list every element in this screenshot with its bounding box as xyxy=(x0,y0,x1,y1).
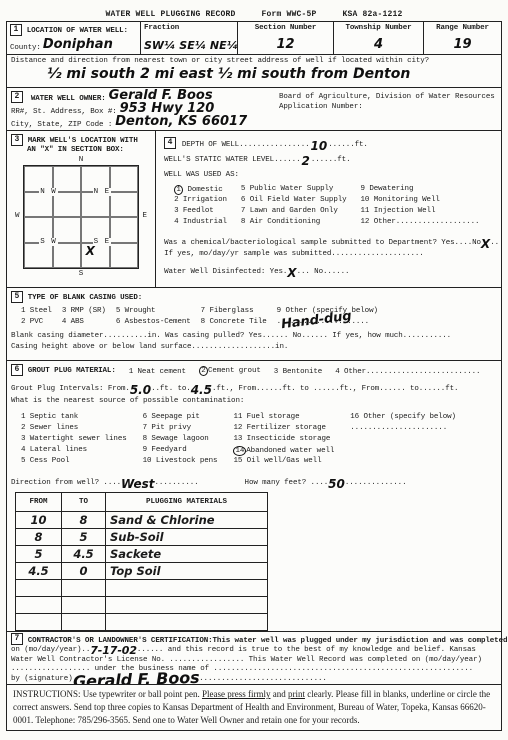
to-value xyxy=(62,597,106,614)
section-6-grout: 6GROUT PLUG MATERIAL: 1 Neat cement 2Cem… xyxy=(6,360,502,632)
contamination-option[interactable]: 10 Livestock pens xyxy=(143,457,218,468)
depth-label: DEPTH OF WELL................ xyxy=(182,141,310,149)
contamination-option[interactable]: 11 Fuel storage xyxy=(233,413,334,424)
contamination-option[interactable]: 1 Septic tank xyxy=(21,413,127,424)
depth-suffix: ......ft. xyxy=(328,141,368,149)
material-value: Sub-Soil xyxy=(106,529,268,546)
signature-label: by (signature) xyxy=(11,675,73,683)
from-value xyxy=(16,614,62,631)
section-number-label: Section Number xyxy=(241,24,330,32)
section-5-number: 5 xyxy=(11,291,23,303)
section-5-casing: 5TYPE OF BLANK CASING USED: 1 Steel 2 PV… xyxy=(6,287,502,361)
contamination-option[interactable]: 6 Seepage pit xyxy=(143,413,218,424)
contamination-option[interactable]: 16 Other (specify below) xyxy=(350,413,456,424)
material-value: Sand & Chlorine xyxy=(106,512,268,529)
section-2-owner: 2WATER WELL OWNER:Gerald F. Boos RR#, St… xyxy=(6,87,502,131)
table-row: 5 4.5 Sackete xyxy=(16,546,268,563)
section-number-value: 12 xyxy=(241,37,330,52)
grout-interval-from-value: 5.0 xyxy=(130,387,151,393)
casing-option[interactable]: 3 RMP (SR) xyxy=(62,307,106,318)
grout-option[interactable]: 4 Other.......................... xyxy=(335,368,480,376)
quadrant-se-label: S E xyxy=(93,238,112,246)
agency-label: Board of Agriculture, Division of Water … xyxy=(279,93,497,101)
section-3-title-line2: AN "X" IN SECTION BOX: xyxy=(11,146,151,155)
used-option[interactable]: 6 Oil Field Water Supply xyxy=(241,196,347,207)
static-level-suffix: ......ft. xyxy=(311,156,351,164)
contamination-question: What is the nearest source of possible c… xyxy=(11,397,497,408)
casing-diameter-line: Blank casing diameter..........in. Was c… xyxy=(11,332,497,343)
to-value: 8 xyxy=(62,512,106,529)
contamination-options: 1 Septic tank 2 Sewer lines 3 Watertight… xyxy=(21,413,497,468)
distance-direction-row: Distance and direction from nearest town… xyxy=(6,54,502,88)
form-header: WATER WELL PLUGGING RECORD Form WWC-5P K… xyxy=(0,0,508,22)
grout-option[interactable]: 1 Neat cement xyxy=(129,368,186,376)
used-option[interactable]: 11 Injection Well xyxy=(361,207,480,218)
instructions-text: INSTRUCTIONS: Use typewriter or ball poi… xyxy=(13,689,202,699)
form-statute: KSA 82a-1212 xyxy=(343,10,403,19)
well-used-as-options: 1 Domestic 2 Irrigation 3 Feedlot 4 Indu… xyxy=(174,185,499,229)
used-as-label: WELL WAS USED AS: xyxy=(164,171,239,179)
used-option[interactable]: 8 Air Conditioning xyxy=(241,218,347,229)
section-4-well-info: 4DEPTH OF WELL................10......ft… xyxy=(156,131,501,287)
contamination-option[interactable]: 5 Cess Pool xyxy=(21,457,127,468)
sample-question: Was a chemical/bacteriological sample su… xyxy=(164,239,481,247)
form-number: Form WWC-5P xyxy=(262,10,317,19)
material-value: Sackete xyxy=(106,546,268,563)
quadrant-nw-label: N W xyxy=(39,188,58,196)
county-label: County: xyxy=(10,44,41,52)
used-option[interactable]: 5 Public Water Supply xyxy=(241,185,347,196)
section-1-number: 1 xyxy=(10,24,22,36)
application-number-label: Application Number: xyxy=(279,103,497,111)
contamination-option[interactable]: 15 Oil well/Gas well xyxy=(233,457,334,468)
certification-line2: on (mo/day/year).. xyxy=(11,646,90,654)
casing-option[interactable]: 8 Concrete Tile xyxy=(201,318,267,329)
section-box-grid[interactable] xyxy=(23,165,139,269)
disinfected-yes-x-mark: X xyxy=(287,270,296,276)
to-value: 5 xyxy=(62,529,106,546)
used-option[interactable]: 12 Other................... xyxy=(361,218,480,229)
city-state-zip-value: Denton, KS 66017 xyxy=(115,114,247,129)
contamination-option[interactable]: 9 Feedyard xyxy=(143,446,218,457)
section-3-number: 3 xyxy=(11,134,23,146)
section-6-title: GROUT PLUG MATERIAL: xyxy=(28,367,116,375)
section-1-location: 1LOCATION OF WATER WELL: County:Doniphan… xyxy=(6,21,502,55)
feet-value: 50 xyxy=(328,481,345,487)
contamination-option[interactable]: 13 Insecticide storage xyxy=(233,435,334,446)
static-level-label: WELL'S STATIC WATER LEVEL...... xyxy=(164,156,300,164)
table-row xyxy=(16,614,268,631)
section-4-number: 4 xyxy=(164,137,176,149)
disinfected-question: Water Well Disinfected: Yes. xyxy=(164,268,287,276)
compass-west-label: W xyxy=(15,212,20,220)
casing-height-line: Casing height above or below land surfac… xyxy=(11,343,497,354)
contamination-option[interactable]: 12 Fertilizer storage xyxy=(233,424,334,435)
instructions-box: INSTRUCTIONS: Use typewriter or ball poi… xyxy=(6,684,502,731)
table-header-row: FROM TO PLUGGING MATERIALS xyxy=(16,493,268,512)
to-value xyxy=(62,580,106,597)
material-value xyxy=(106,614,268,631)
to-header: TO xyxy=(62,493,106,512)
table-row: 8 5 Sub-Soil xyxy=(16,529,268,546)
grout-option[interactable]: 2Cement grout xyxy=(199,366,261,376)
city-state-zip-label: City, State, ZIP Code : xyxy=(11,121,112,129)
casing-type-options: 1 Steel 2 PVC 3 RMP (SR) 4 ABS 5 Wrought… xyxy=(21,307,497,329)
from-value: 8 xyxy=(16,529,62,546)
used-option[interactable]: 1 Domestic xyxy=(174,185,227,196)
casing-option[interactable]: 6 Asbestos-Cement xyxy=(116,318,191,329)
section-7-certification: 7CONTRACTOR'S OR LANDOWNER'S CERTIFICATI… xyxy=(6,631,502,685)
form-title: WATER WELL PLUGGING RECORD xyxy=(105,10,235,19)
fraction-value: SW¼ SE¼ NE¼ xyxy=(144,39,234,52)
to-value: 4.5 xyxy=(62,546,106,563)
from-header: FROM xyxy=(16,493,62,512)
used-option[interactable]: 2 Irrigation xyxy=(174,196,227,207)
county-value: Doniphan xyxy=(43,37,113,52)
from-value: 10 xyxy=(16,512,62,529)
grout-intervals-label: Grout Plug Intervals: From. xyxy=(11,385,130,393)
material-value xyxy=(106,580,268,597)
distance-value: ½ mi south 2 mi east ½ mi south from Den… xyxy=(47,66,497,82)
township-number-label: Township Number xyxy=(337,24,420,32)
used-option[interactable]: 9 Dewatering xyxy=(361,185,480,196)
contamination-option[interactable]: 4 Lateral lines xyxy=(21,446,127,457)
sample-date-line: If yes, mo/day/yr sample was submitted..… xyxy=(164,250,424,258)
from-value: 5 xyxy=(16,546,62,563)
to-value: 0 xyxy=(62,563,106,580)
feet-label: How many feet? .... xyxy=(245,479,329,487)
direction-label: Direction from well? .... xyxy=(11,479,121,487)
used-option[interactable]: 3 Feedlot xyxy=(174,207,227,218)
section-2-number: 2 xyxy=(11,91,23,103)
section-3-title-line1: MARK WELL'S LOCATION WITH xyxy=(28,137,138,145)
from-value: 4.5 xyxy=(16,563,62,580)
section-5-title: TYPE OF BLANK CASING USED: xyxy=(28,294,142,302)
depth-value: 10 xyxy=(311,143,328,149)
material-value xyxy=(106,597,268,614)
contamination-option[interactable]: 14Abandoned water well xyxy=(233,446,334,457)
water-well-plugging-record-form: WATER WELL PLUGGING RECORD Form WWC-5P K… xyxy=(0,0,508,740)
township-number-value: 4 xyxy=(337,37,420,52)
used-option[interactable]: 7 Lawn and Garden Only xyxy=(241,207,347,218)
casing-option[interactable]: 4 ABS xyxy=(62,318,106,329)
material-value: Top Soil xyxy=(106,563,268,580)
compass-east-label: E xyxy=(143,212,148,220)
casing-option[interactable]: 7 Fiberglass xyxy=(201,307,267,318)
casing-option[interactable]: 5 Wrought xyxy=(116,307,191,318)
plugging-materials-table: FROM TO PLUGGING MATERIALS 10 8 Sand & C… xyxy=(15,492,268,631)
sample-no-x-mark: X xyxy=(481,241,490,247)
quadrant-ne-label: N E xyxy=(93,188,112,196)
to-value xyxy=(62,614,106,631)
casing-option[interactable]: 2 PVC xyxy=(21,318,52,329)
grout-interval-to-value: 4.5 xyxy=(191,387,212,393)
table-row xyxy=(16,597,268,614)
compass-south-label: S xyxy=(11,270,151,278)
materials-header: PLUGGING MATERIALS xyxy=(106,493,268,512)
quadrant-sw-label: S W xyxy=(39,238,58,246)
from-value xyxy=(16,597,62,614)
section-3-location-map: 3MARK WELL'S LOCATION WITH AN "X" IN SEC… xyxy=(7,131,156,287)
contamination-option[interactable]: 2 Sewer lines xyxy=(21,424,127,435)
section-1-title: LOCATION OF WATER WELL: xyxy=(27,27,128,35)
from-value xyxy=(16,580,62,597)
section-3-4-row: 3MARK WELL'S LOCATION WITH AN "X" IN SEC… xyxy=(6,130,502,288)
completion-date-value: 7-17-02 xyxy=(90,647,137,654)
compass-north-label: N xyxy=(11,156,151,164)
contamination-option[interactable]: 7 Pit privy xyxy=(143,424,218,435)
owner-label: WATER WELL OWNER: xyxy=(31,95,106,103)
range-number-value: 19 xyxy=(427,37,498,52)
table-row: 10 8 Sand & Chlorine xyxy=(16,512,268,529)
section-6-number: 6 xyxy=(11,364,23,376)
table-row xyxy=(16,580,268,597)
range-number-label: Range Number xyxy=(427,24,498,32)
casing-option[interactable]: 1 Steel xyxy=(21,307,52,318)
contamination-other-dots: ...................... xyxy=(350,424,456,435)
grout-option[interactable]: 3 Bentonite xyxy=(274,368,322,376)
direction-value: West xyxy=(121,481,155,487)
static-level-value: 2 xyxy=(302,158,310,164)
contamination-option[interactable]: 8 Sewage lagoon xyxy=(143,435,218,446)
address-label: RR#, St. Address, Box #: xyxy=(11,108,117,116)
used-option[interactable]: 4 Industrial xyxy=(174,218,227,229)
used-option[interactable]: 10 Monitoring Well xyxy=(361,196,480,207)
certification-line3: Water Well Contractor's License No. ....… xyxy=(11,654,497,664)
contamination-option[interactable]: 3 Watertight sewer lines xyxy=(21,435,127,446)
well-location-x-mark: X xyxy=(86,244,95,258)
fraction-label: Fraction xyxy=(144,24,234,32)
table-row: 4.5 0 Top Soil xyxy=(16,563,268,580)
section-7-number: 7 xyxy=(11,633,23,645)
distance-label: Distance and direction from nearest town… xyxy=(11,57,497,65)
